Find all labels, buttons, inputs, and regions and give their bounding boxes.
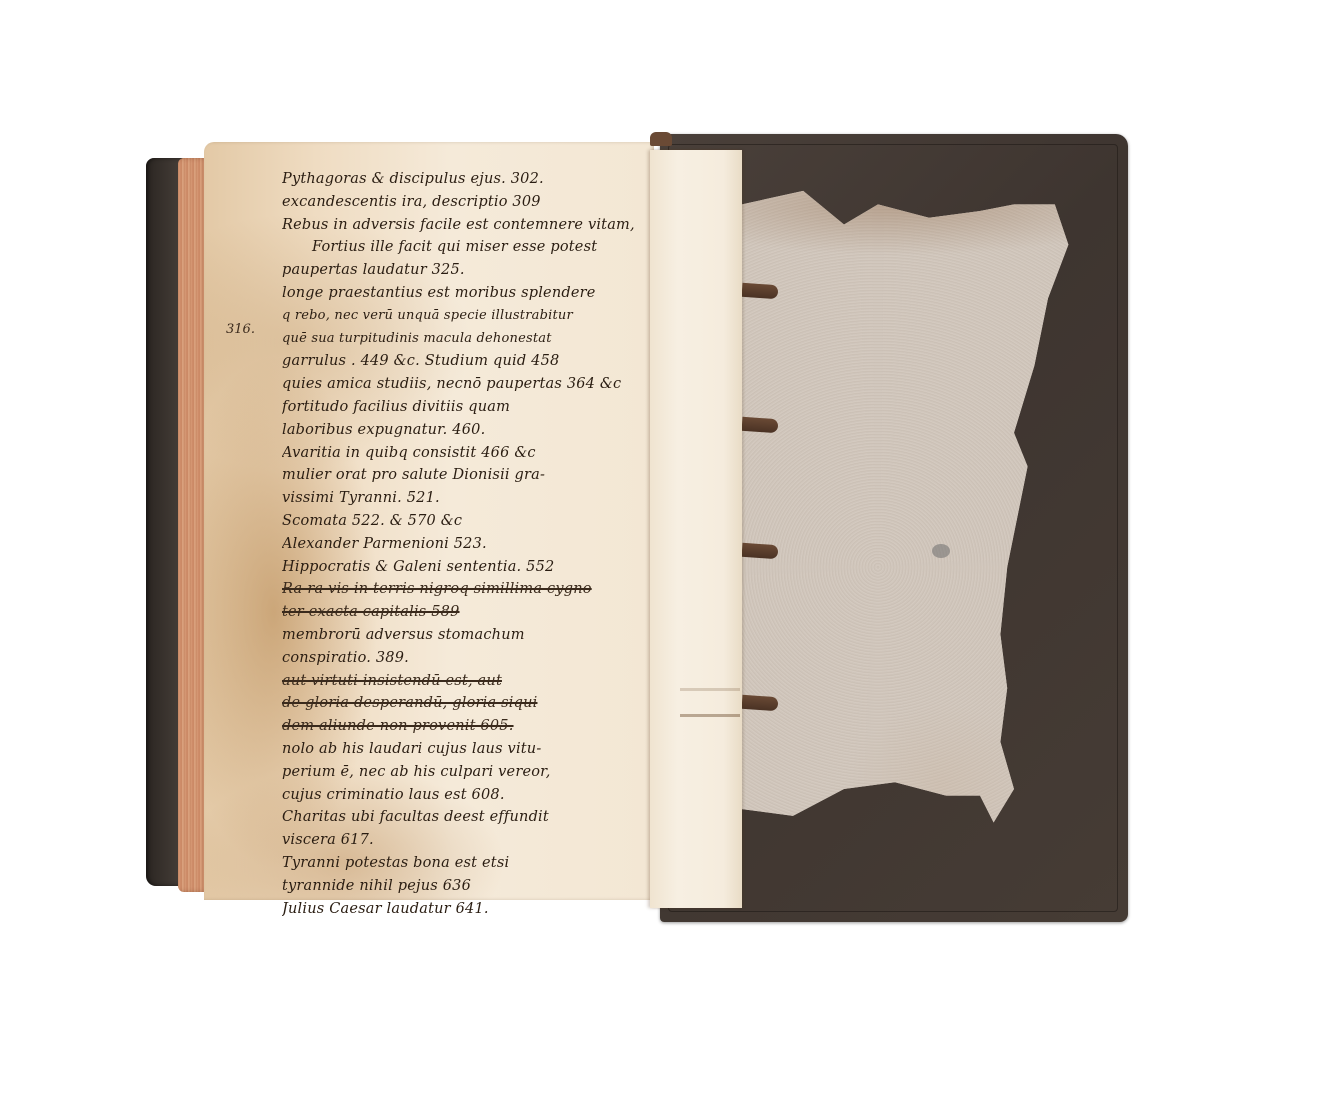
manuscript-line: Tyranni potestas bona est etsi: [282, 852, 652, 875]
manuscript-line: Hippocratis & Galeni sententia. 552: [282, 556, 652, 579]
manuscript-line: Rebus in adversis facile est contemnere …: [282, 214, 652, 237]
manuscript-line: Pythagoras & discipulus ejus. 302.: [282, 168, 652, 191]
manuscript-line: conspiratio. 389.: [282, 647, 652, 670]
manuscript-line: excandescentis ira, descriptio 309: [282, 191, 652, 214]
manuscript-line: laboribus expugnatur. 460.: [282, 419, 652, 442]
manuscript-line: viscera 617.: [282, 829, 652, 852]
manuscript-line: vissimi Tyranni. 521.: [282, 487, 652, 510]
strip-crease: [680, 714, 740, 717]
struck-manuscript-line: aut virtuti insistendū est, aut: [282, 670, 652, 693]
manuscript-line: perium ē, nec ab his culpari vereor,: [282, 761, 652, 784]
manuscript-line: Julius Caesar laudatur 641.: [282, 898, 652, 921]
binding-thong: [742, 417, 779, 433]
manuscript-lines: Pythagoras & discipulus ejus. 302.excand…: [282, 168, 652, 920]
manuscript-line: Alexander Parmenioni 523.: [282, 533, 652, 556]
struck-manuscript-line: dem aliunde non provenit 605.: [282, 715, 652, 738]
manuscript-line: cujus criminatio laus est 608.: [282, 784, 652, 807]
struck-manuscript-line: ter exacta capitalis 589: [282, 601, 652, 624]
manuscript-line: Avaritia in quibq consistit 466 &c: [282, 442, 652, 465]
manuscript-line: mulier orat pro salute Dionisii gra-: [282, 464, 652, 487]
manuscript-line: tyrannide nihil pejus 636: [282, 875, 652, 898]
struck-manuscript-line: de gloria desperandū, gloria siqui: [282, 692, 652, 715]
manuscript-line: membrorū adversus stomachum: [282, 624, 652, 647]
guard-strip: [650, 150, 742, 908]
left-manuscript-page: 316. Pythagoras & discipulus ejus. 302.e…: [204, 142, 654, 900]
manuscript-line: longe praestantius est moribus splendere: [282, 282, 652, 305]
manuscript-line: garrulus . 449 &c. Studium quid 458: [282, 350, 652, 373]
binding-thong: [742, 695, 779, 711]
manuscript-line: quē sua turpitudinis macula dehonestat: [282, 328, 652, 351]
manuscript-line: quies amica studiis, necnō paupertas 364…: [282, 373, 652, 396]
manuscript-line: Charitas ubi facultas deest effundit: [282, 806, 652, 829]
manuscript-line: paupertas laudatur 325.: [282, 259, 652, 282]
manuscript-line: q rebo, nec verū unquā specie illustrabi…: [282, 305, 652, 328]
binding-thong: [742, 543, 779, 559]
struck-manuscript-line: Ra-ra vis in terris nigroq simillima cyg…: [282, 578, 652, 601]
manuscript-line: fortitudo facilius divitiis quam: [282, 396, 652, 419]
manuscript-line: Fortius ille facit qui miser esse potest: [282, 236, 652, 259]
folio-number: 316.: [226, 322, 255, 337]
manuscript-line: Scomata 522. & 570 &c: [282, 510, 652, 533]
pastedown-stain: [932, 544, 950, 558]
binding-thong: [742, 283, 779, 299]
manuscript-line: nolo ab his laudari cujus laus vitu-: [282, 738, 652, 761]
headcap-tab: [650, 132, 672, 146]
strip-crease: [680, 688, 740, 691]
